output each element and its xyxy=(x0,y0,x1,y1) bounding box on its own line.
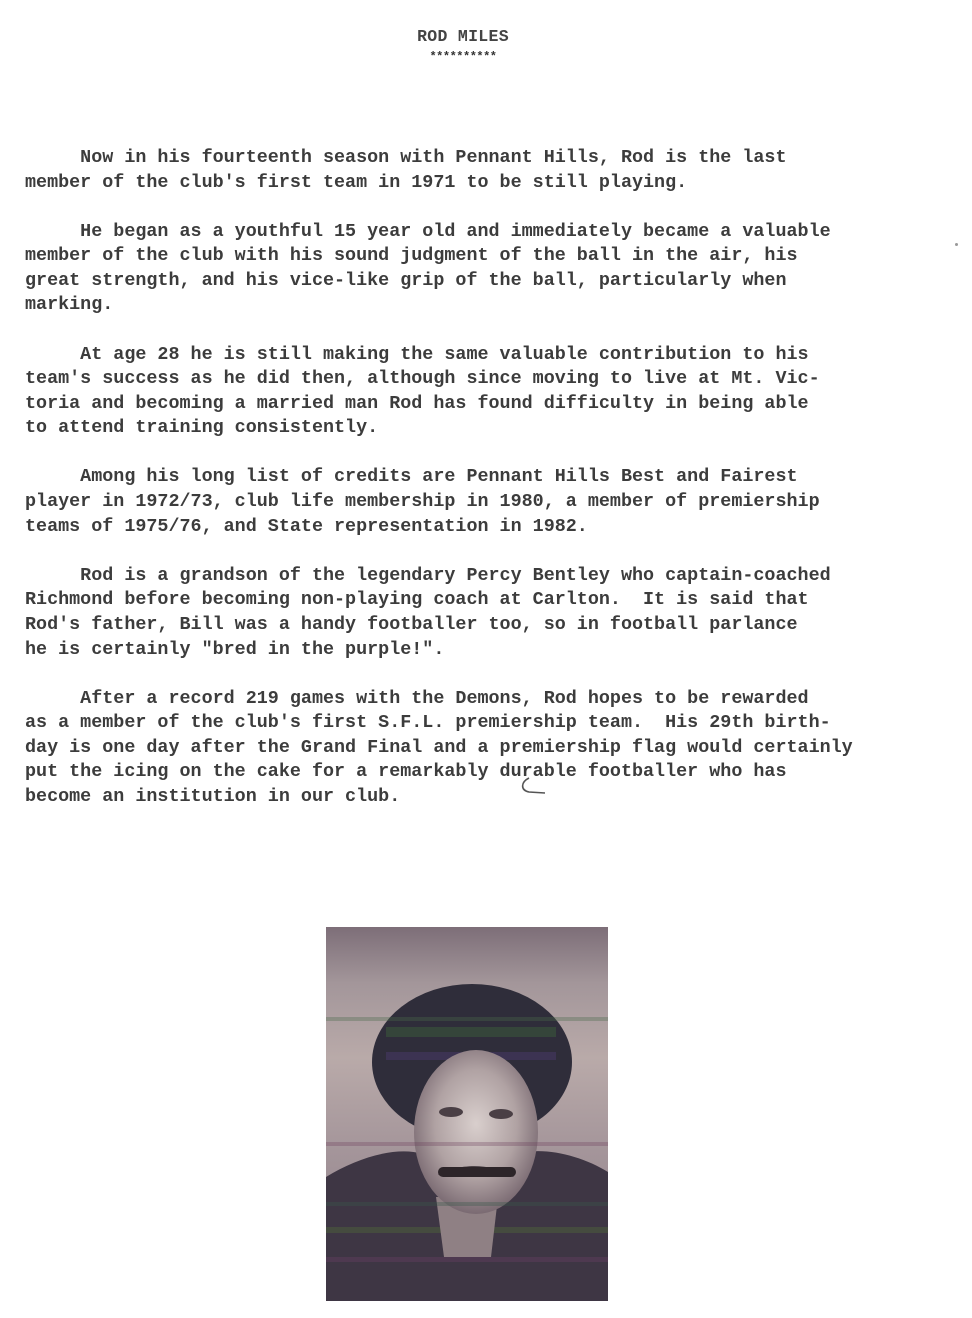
paragraph-line: He began as a youthful 15 year old and i… xyxy=(25,220,965,245)
portrait-photo xyxy=(326,927,608,1301)
article-paragraph: After a record 219 games with the Demons… xyxy=(25,687,965,810)
paragraph-line: At age 28 he is still making the same va… xyxy=(25,343,965,368)
paragraph-line: toria and becoming a married man Rod has… xyxy=(25,392,965,417)
article-paragraph: Among his long list of credits are Penna… xyxy=(25,465,965,539)
paragraph-line: player in 1972/73, club life membership … xyxy=(25,490,965,515)
paragraph-line: he is certainly "bred in the purple!". xyxy=(25,638,965,663)
article-paragraph: He began as a youthful 15 year old and i… xyxy=(25,220,965,318)
paragraph-line: After a record 219 games with the Demons… xyxy=(25,687,965,712)
paragraph-line: member of the club with his sound judgme… xyxy=(25,244,965,269)
paragraph-line: become an institution in our club. xyxy=(25,785,965,810)
article-paragraph: At age 28 he is still making the same va… xyxy=(25,343,965,441)
handwritten-correction-mark xyxy=(517,776,549,800)
article-body: Now in his fourteenth season with Pennan… xyxy=(25,146,965,834)
paragraph-line: teams of 1975/76, and State representati… xyxy=(25,515,965,540)
stray-mark xyxy=(955,243,958,246)
paragraph-line: member of the club's first team in 1971 … xyxy=(25,171,965,196)
paragraph-line: team's success as he did then, although … xyxy=(25,367,965,392)
paragraph-line: marking. xyxy=(25,293,965,318)
paragraph-line: to attend training consistently. xyxy=(25,416,965,441)
paragraph-line: day is one day after the Grand Final and… xyxy=(25,736,965,761)
paragraph-line: as a member of the club's first S.F.L. p… xyxy=(25,711,965,736)
article-paragraph: Now in his fourteenth season with Pennan… xyxy=(25,146,965,195)
paragraph-line: Richmond before becoming non-playing coa… xyxy=(25,588,965,613)
paragraph-line: Rod is a grandson of the legendary Percy… xyxy=(25,564,965,589)
paragraph-line: Now in his fourteenth season with Pennan… xyxy=(25,146,965,171)
page-title: ROD MILES xyxy=(0,27,926,46)
paragraph-line: put the icing on the cake for a remarkab… xyxy=(25,760,965,785)
paragraph-line: Among his long list of credits are Penna… xyxy=(25,465,965,490)
document-page: ROD MILES ********** Now in his fourteen… xyxy=(0,0,972,1318)
article-paragraph: Rod is a grandson of the legendary Percy… xyxy=(25,564,965,662)
title-underline-stars: ********** xyxy=(0,50,926,64)
paragraph-line: great strength, and his vice-like grip o… xyxy=(25,269,965,294)
paragraph-line: Rod's father, Bill was a handy footballe… xyxy=(25,613,965,638)
